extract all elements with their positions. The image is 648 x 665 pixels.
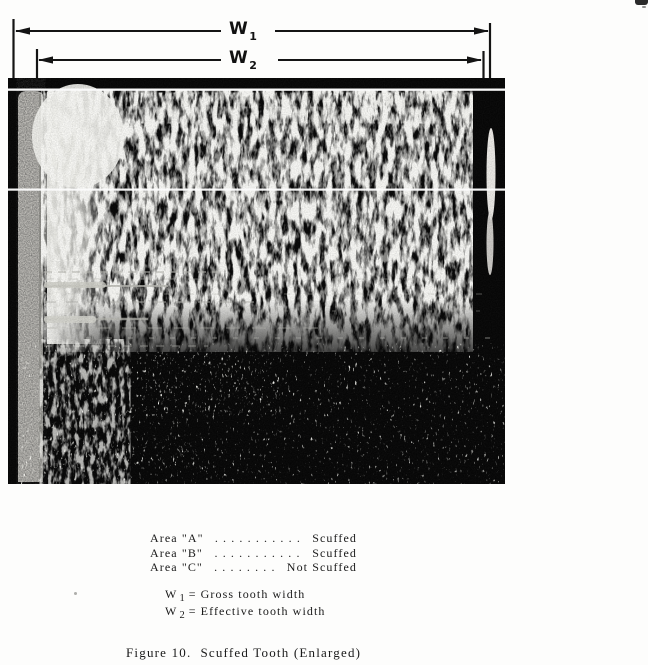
dot-leader: . . . . . . . . . . . — [204, 531, 313, 546]
symbol-definitions: W1= Gross tooth width W2= Effective toot… — [165, 587, 326, 620]
area-legend: Area "A" . . . . . . . . . . . Scuffed A… — [150, 531, 357, 575]
legend-area-label: Area "C" — [150, 560, 203, 575]
legend-status: Scuffed — [312, 531, 357, 546]
legend-area-label: Area "A" — [150, 531, 204, 546]
w2-symbol: W — [165, 604, 177, 618]
w1-definition: W1= Gross tooth width — [165, 587, 326, 604]
legend-status: Not Scuffed — [287, 560, 357, 575]
w1-symbol: W — [165, 587, 177, 601]
w2-subscript: 2 — [249, 59, 257, 72]
w2-definition-text: = Effective tooth width — [189, 604, 326, 618]
dot-leader: . . . . . . . . — [203, 560, 287, 575]
w2-subscript: 2 — [179, 610, 184, 621]
legend-row-area-b: Area "B" . . . . . . . . . . . Scuffed — [150, 546, 357, 561]
legend-row-area-c: Area "C" . . . . . . . . Not Scuffed — [150, 560, 357, 575]
figure-number: Figure 10. — [126, 645, 191, 660]
legend-row-area-a: Area "A" . . . . . . . . . . . Scuffed — [150, 531, 357, 546]
legend-area-label: Area "B" — [150, 546, 203, 561]
legend-status: Scuffed — [312, 546, 357, 561]
mid-white-line — [8, 189, 505, 191]
dust-speck — [74, 592, 77, 595]
w2-dimension-label: W2 — [224, 50, 262, 67]
dot-leader: . . . . . . . . . . . — [203, 546, 312, 561]
w1-dimension-label: W1 — [224, 21, 262, 38]
w1-subscript: 1 — [179, 593, 184, 604]
figure-title: Scuffed Tooth (Enlarged) — [200, 645, 361, 660]
scuffed-tooth-photo — [8, 78, 505, 484]
figure-caption: Figure 10.Scuffed Tooth (Enlarged) — [126, 645, 361, 661]
w2-definition: W2= Effective tooth width — [165, 604, 326, 621]
w2-symbol: W — [229, 48, 248, 68]
top-white-line — [8, 89, 505, 91]
w1-symbol: W — [229, 19, 248, 39]
w1-subscript: 1 — [249, 30, 257, 43]
page-edge-artifact — [635, 0, 648, 5]
w1-definition-text: = Gross tooth width — [189, 587, 306, 601]
